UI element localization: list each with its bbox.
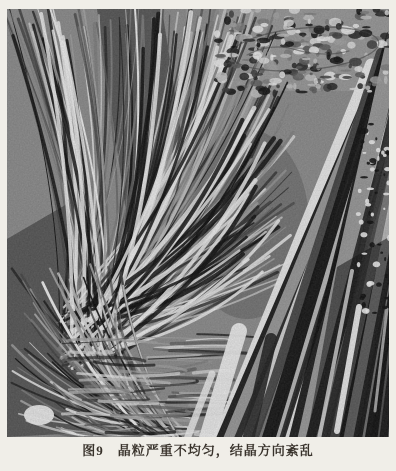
micrograph-image <box>7 9 389 437</box>
figure-caption: 图9 晶粒严重不均匀，结晶方向紊乱 <box>7 440 389 466</box>
page: { "page": { "background": "#f0eee8" }, "… <box>0 0 396 471</box>
film-grain-highlight-overlay <box>7 9 389 437</box>
figure: 图9 晶粒严重不均匀，结晶方向紊乱 <box>0 0 396 466</box>
micrograph-photo <box>7 9 389 437</box>
